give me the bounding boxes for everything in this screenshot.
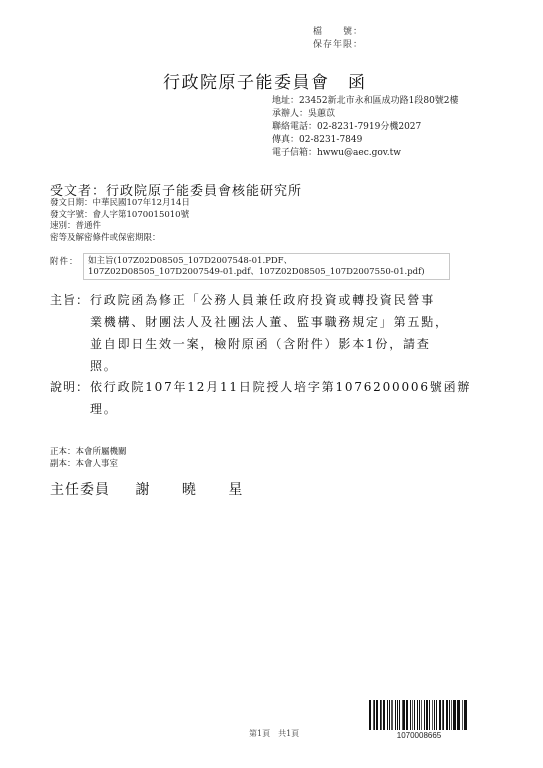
attachment-line-1[interactable]: 如主旨(107Z02D08505_107D2007548-01.PDF、 <box>88 256 445 267</box>
attachment-line-2[interactable]: 107Z02D08505_107D2007549-01.pdf、107Z02D0… <box>88 267 445 278</box>
contact-email: 電子信箱：hwwu@aec.gov.tw <box>272 147 459 160</box>
file-meta: 檔 號： 保存年限： <box>313 26 363 52</box>
delivery-speed: 速別：普通件 <box>50 221 190 233</box>
retention-period-label: 保存年限： <box>313 39 363 52</box>
page-indicator: 第1頁 共1頁 <box>249 728 299 739</box>
recipient: 受文者：行政院原子能委員會核能研究所 <box>50 180 302 199</box>
signer-name-char: 星 <box>228 479 243 499</box>
explanation-line: 依行政院107年12月11日院授人培字第1076200006號函辦 <box>90 376 515 398</box>
document-meta: 發文日期：中華民國107年12月14日 發文字號：會人字第1070015010號… <box>50 198 190 244</box>
contact-address: 地址：23452新北市永和區成功路1段80號2樓 <box>272 95 459 108</box>
contact-fax: 傳真：02-8231-7849 <box>272 134 459 147</box>
contact-block: 地址：23452新北市永和區成功路1段80號2樓 承辦人：吳蕙苡 聯絡電話：02… <box>272 95 459 160</box>
explanation-body: 依行政院107年12月11日院授人培字第1076200006號函辦 理。 <box>90 376 515 420</box>
file-number-label: 檔 號： <box>313 26 363 39</box>
signer-name-char: 曉 <box>182 479 197 499</box>
explanation-label: 說明： <box>50 376 89 398</box>
explanation-line: 理。 <box>90 398 515 420</box>
contact-handler: 承辦人：吳蕙苡 <box>272 108 459 121</box>
signer-title: 主任委員 <box>50 479 110 499</box>
document-number: 發文字號：會人字第1070015010號 <box>50 210 190 222</box>
copy-recipient: 副本：本會人事室 <box>50 459 127 471</box>
subject-line: 業機構、財團法人及社團法人董、監事職務規定」第五點， <box>90 311 515 333</box>
barcode-number: 1070008665 <box>369 731 469 740</box>
signature-block: 主任委員 謝 曉 星 <box>50 479 243 499</box>
classification: 密等及解密條件或保密期限： <box>50 233 190 245</box>
original-recipient: 正本：本會所屬機關 <box>50 447 127 459</box>
attachment-box[interactable]: 如主旨(107Z02D08505_107D2007548-01.PDF、 107… <box>83 253 450 280</box>
agency-title: 行政院原子能委員會 函 <box>163 68 367 93</box>
subject-line: 照。 <box>90 355 515 377</box>
subject-label: 主旨： <box>50 289 89 311</box>
subject-body: 行政院函為修正「公務人員兼任政府投資或轉投資民營事 業機構、財團法人及社團法人董… <box>90 289 515 377</box>
barcode-icon <box>369 700 469 730</box>
signer-name-char: 謝 <box>135 479 150 499</box>
contact-phone: 聯絡電話：02-8231-7919分機2027 <box>272 121 459 134</box>
attachment-label: 附件： <box>50 255 79 267</box>
subject-line: 行政院函為修正「公務人員兼任政府投資或轉投資民營事 <box>90 289 515 311</box>
subject-line: 並自即日生效一案，檢附原函（含附件）影本1份，請查 <box>90 333 515 355</box>
issue-date: 發文日期：中華民國107年12月14日 <box>50 198 190 210</box>
distribution-list: 正本：本會所屬機關 副本：本會人事室 <box>50 447 127 470</box>
